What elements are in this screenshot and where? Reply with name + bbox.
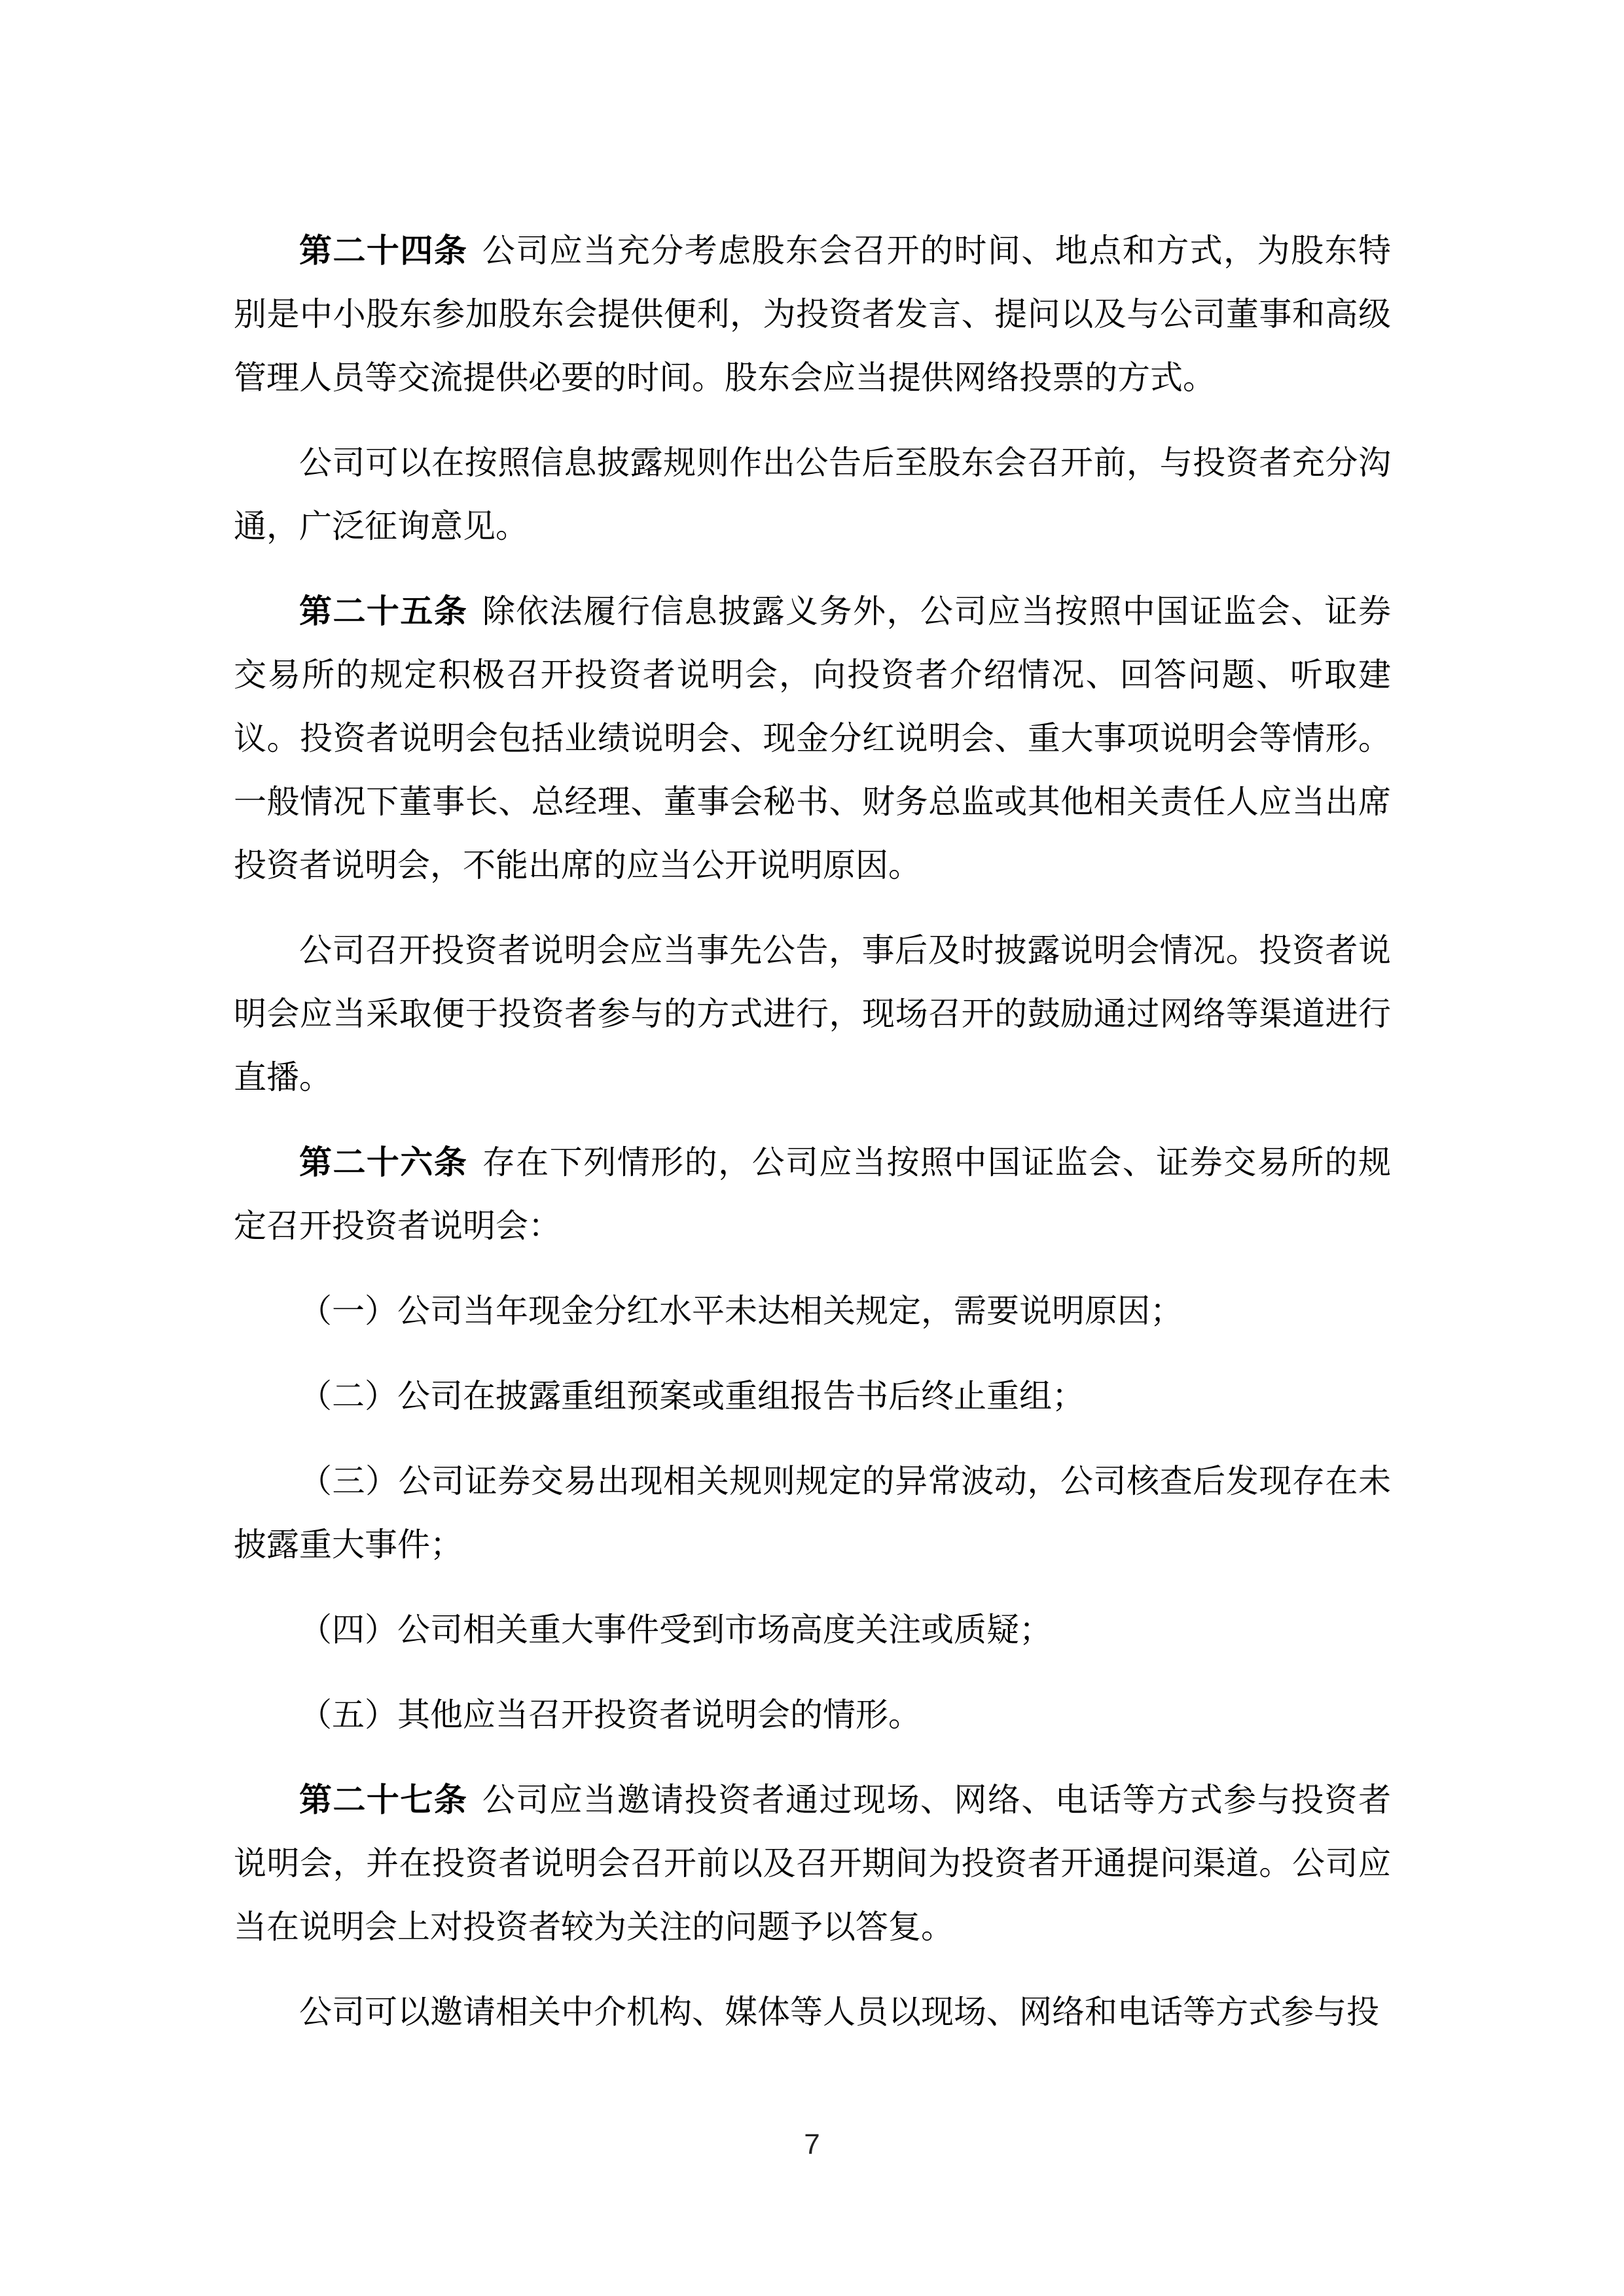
article-paragraph: 第二十四条公司应当充分考虑股东会召开的时间、地点和方式，为股东特别是中小股东参加… — [234, 219, 1391, 410]
paragraph-text: 公司可以在按照信息披露规则作出公告后至股东会召开前，与投资者充分沟通，广泛征询意… — [234, 444, 1391, 545]
body-paragraph: （三）公司证券交易出现相关规则规定的异常波动，公司核查后发现存在未披露重大事件； — [234, 1450, 1391, 1577]
article-paragraph: 第二十五条除依法履行信息披露义务外，公司应当按照中国证监会、证券交易所的规定积极… — [234, 580, 1391, 897]
document-page: { "page": { "background_color": "#ffffff… — [0, 0, 1624, 2296]
paragraph-text: 公司召开投资者说明会应当事先公告，事后及时披露说明会情况。投资者说明会应当采取便… — [234, 932, 1391, 1096]
body-paragraph: （五）其他应当召开投资者说明会的情形。 — [234, 1683, 1391, 1747]
body-paragraph: 公司召开投资者说明会应当事先公告，事后及时披露说明会情况。投资者说明会应当采取便… — [234, 919, 1391, 1109]
article-number: 第二十六条 — [299, 1144, 467, 1181]
paragraph-text: （二）公司在披露重组预案或重组报告书后终止重组； — [299, 1378, 1085, 1414]
body-paragraph: （一）公司当年现金分红水平未达相关规定，需要说明原因； — [234, 1280, 1391, 1343]
page-background: 第二十四条公司应当充分考虑股东会召开的时间、地点和方式，为股东特别是中小股东参加… — [0, 0, 1624, 2296]
article-paragraph: 第二十六条存在下列情形的，公司应当按照中国证监会、证券交易所的规定召开投资者说明… — [234, 1131, 1391, 1258]
paragraph-text: （四）公司相关重大事件受到市场高度关注或质疑； — [299, 1611, 1052, 1648]
article-number: 第二十七条 — [299, 1782, 467, 1818]
body-paragraph: 公司可以邀请相关中介机构、媒体等人员以现场、网络和电话等方式参与投 — [234, 1981, 1391, 2044]
paragraph-text: （一）公司当年现金分红水平未达相关规定，需要说明原因； — [299, 1293, 1183, 1329]
page-number: 7 — [0, 2128, 1624, 2161]
article-number: 第二十五条 — [299, 593, 467, 630]
article-paragraph: 第二十七条公司应当邀请投资者通过现场、网络、电话等方式参与投资者说明会，并在投资… — [234, 1768, 1391, 1959]
paragraph-text: 公司可以邀请相关中介机构、媒体等人员以现场、网络和电话等方式参与投 — [299, 1994, 1379, 2030]
paragraph-text: （五）其他应当召开投资者说明会的情形。 — [299, 1696, 921, 1733]
paragraph-text: （三）公司证券交易出现相关规则规定的异常波动，公司核查后发现存在未披露重大事件； — [234, 1463, 1391, 1563]
body-paragraph: 公司可以在按照信息披露规则作出公告后至股东会召开前，与投资者充分沟通，广泛征询意… — [234, 431, 1391, 558]
body-paragraph: （二）公司在披露重组预案或重组报告书后终止重组； — [234, 1365, 1391, 1428]
body-paragraph: （四）公司相关重大事件受到市场高度关注或质疑； — [234, 1598, 1391, 1662]
article-number: 第二十四条 — [299, 232, 467, 269]
paragraph-text: 除依法履行信息披露义务外，公司应当按照中国证监会、证券交易所的规定积极召开投资者… — [234, 593, 1391, 884]
document-body: 第二十四条公司应当充分考虑股东会召开的时间、地点和方式，为股东特别是中小股东参加… — [234, 219, 1391, 2066]
